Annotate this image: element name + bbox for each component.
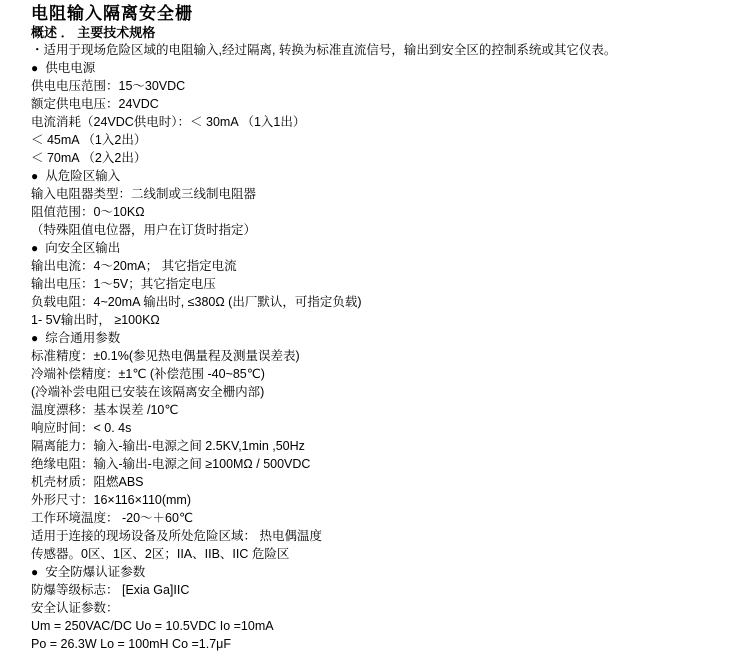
spec-line: 冷端补偿精度：±1℃ (补偿范围 -40~85℃) (31, 365, 740, 383)
spec-line: 负载电阻：4~20mA 输出时, ≤380Ω (出厂默认，可指定负载) (31, 293, 740, 311)
spec-line: 标准精度：±0.1%(参见热电偶量程及测量误差表) (31, 347, 740, 365)
spec-line: 1- 5V输出时， ≥100KΩ (31, 311, 740, 329)
spec-line: 绝缘电阻：输入-输出-电源之间 ≥100MΩ / 500VDC (31, 455, 740, 473)
spec-line: 温度漂移：基本误差 /10℃ (31, 401, 740, 419)
spec-line: 响应时间：< 0. 4s (31, 419, 740, 437)
spec-line: Po = 26.3W Lo = 100mH Co =1.7μF (31, 635, 740, 653)
overview-heading: 概述 ． 主要技术规格 (31, 24, 740, 41)
spec-line: 输入电阻器类型：二线制或三线制电阻器 (31, 185, 740, 203)
spec-line: 安全认证参数： (31, 599, 740, 617)
bullet-icon: ● (31, 331, 38, 345)
bullet-icon: ● (31, 61, 38, 75)
section-heading-label: 从危险区输入 (45, 169, 120, 183)
page-title: 电阻输入隔离安全栅 (31, 3, 740, 24)
spec-line: 工作环境温度： -20～＋60℃ (31, 509, 740, 527)
bullet-icon: ● (31, 241, 38, 255)
spec-line: 供电电压范围：15～30VDC (31, 77, 740, 95)
spec-line: (冷端补尝电阻已安装在该隔离安全栅内部) (31, 383, 740, 401)
spec-line: 额定供电电压：24VDC (31, 95, 740, 113)
bullet-icon: ● (31, 565, 38, 579)
spec-line: ＜ 70mA （2入2出） (31, 149, 740, 167)
spec-line: （特殊阻值电位器，用户在订货时指定） (31, 221, 740, 239)
section-heading: ●安全防爆认证参数 (31, 563, 740, 581)
spec-line: 机壳材质：阻燃ABS (31, 473, 740, 491)
spec-line: 输出电流：4～20mA； 其它指定电流 (31, 257, 740, 275)
section-heading-label: 供电电源 (45, 61, 95, 75)
intro-line: ・适用于现场危险区域的电阻输入,经过隔离, 转换为标准直流信号，输出到安全区的控… (31, 41, 740, 59)
spec-sections: ●供电电源供电电压范围：15～30VDC额定供电电压：24VDC电流消耗（24V… (31, 59, 740, 653)
section-heading-label: 安全防爆认证参数 (45, 565, 145, 579)
section-heading-label: 向安全区输出 (45, 241, 120, 255)
section-heading: ●综合通用参数 (31, 329, 740, 347)
spec-line: 输出电压：1～5V；其它指定电压 (31, 275, 740, 293)
spec-line: Um = 250VAC/DC Uo = 10.5VDC Io =10mA (31, 617, 740, 635)
spec-line: ＜ 45mA （1入2出） (31, 131, 740, 149)
bullet-icon: ● (31, 169, 38, 183)
spec-line: 适用于连接的现场设备及所处危险区域： 热电偶温度 (31, 527, 740, 545)
spec-line: 阻值范围：0～10KΩ (31, 203, 740, 221)
spec-line: 外形尺寸：16×116×110(mm) (31, 491, 740, 509)
spec-line: 电流消耗（24VDC供电时）：＜ 30mA （1入1出） (31, 113, 740, 131)
spec-line: 隔离能力：输入-输出-电源之间 2.5KV,1min ,50Hz (31, 437, 740, 455)
section-heading: ●向安全区输出 (31, 239, 740, 257)
section-heading: ●供电电源 (31, 59, 740, 77)
spec-line: 防爆等级标志： [Exia Ga]IIC (31, 581, 740, 599)
spec-line: 传感器。0区、1区、2区；IIA、IIB、IIC 危险区 (31, 545, 740, 563)
section-heading: ●从危险区输入 (31, 167, 740, 185)
section-heading-label: 综合通用参数 (45, 331, 120, 345)
spec-document: 电阻输入隔离安全栅 概述 ． 主要技术规格 ・适用于现场危险区域的电阻输入,经过… (0, 0, 746, 653)
